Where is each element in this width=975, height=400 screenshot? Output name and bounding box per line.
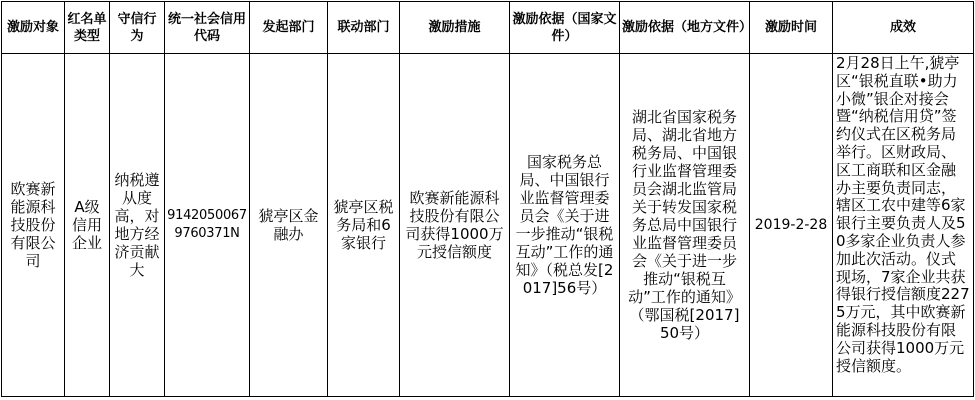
cell-basis-national: 国家税务总局、中国银行业监督管理委员会《关于进一步推动“银税互动”工作的通知》（… bbox=[510, 54, 620, 397]
cell-trustworthy-behavior: 纳税遵从度高，对地方经济贡献大 bbox=[110, 54, 165, 397]
cell-credit-code: 91420500679760371N bbox=[165, 54, 250, 397]
credit-incentive-table: 激励对象 红名单类型 守信行为 统一社会信用代码 发起部门 联动部门 激励措施 … bbox=[1, 1, 974, 397]
column-header-basis-national: 激励依据（国家文件） bbox=[510, 2, 620, 54]
cell-red-list-type: A级信用企业 bbox=[65, 54, 110, 397]
cell-incentive-target: 欧赛新能源科技股份有限公司 bbox=[2, 54, 65, 397]
column-header-incentive-measures: 激励措施 bbox=[400, 2, 510, 54]
column-header-trustworthy-behavior: 守信行为 bbox=[110, 2, 165, 54]
cell-linked-department: 猇亭区税务局和6家银行 bbox=[328, 54, 400, 397]
column-header-incentive-target: 激励对象 bbox=[2, 2, 65, 54]
cell-effect: 2月28日上午,猇亭区“银税直联•助力小微”银企对接会暨“纳税信用贷”签约仪式在… bbox=[833, 54, 974, 397]
column-header-effect: 成效 bbox=[833, 2, 974, 54]
table-header-row: 激励对象 红名单类型 守信行为 统一社会信用代码 发起部门 联动部门 激励措施 … bbox=[2, 2, 974, 54]
cell-initiating-department: 猇亭区金融办 bbox=[250, 54, 328, 397]
table-row: 欧赛新能源科技股份有限公司 A级信用企业 纳税遵从度高，对地方经济贡献大 914… bbox=[2, 54, 974, 397]
column-header-linked-department: 联动部门 bbox=[328, 2, 400, 54]
column-header-red-list-type: 红名单类型 bbox=[65, 2, 110, 54]
column-header-initiating-department: 发起部门 bbox=[250, 2, 328, 54]
cell-incentive-time: 2019-2-28 bbox=[750, 54, 833, 397]
column-header-credit-code: 统一社会信用代码 bbox=[165, 2, 250, 54]
column-header-basis-local: 激励依据（地方文件） bbox=[620, 2, 750, 54]
column-header-incentive-time: 激励时间 bbox=[750, 2, 833, 54]
effect-text: 2月28日上午,猇亭区“银税直联•助力小微”银企对接会暨“纳税信用贷”签约仪式在… bbox=[836, 55, 970, 375]
cell-incentive-measures: 欧赛新能源科技股份有限公司获得1000万元授信额度 bbox=[400, 54, 510, 397]
cell-basis-local: 湖北省国家税务局、湖北省地方税务局、中国银行业监督管理委员会湖北监管局关于转发国… bbox=[620, 54, 750, 397]
